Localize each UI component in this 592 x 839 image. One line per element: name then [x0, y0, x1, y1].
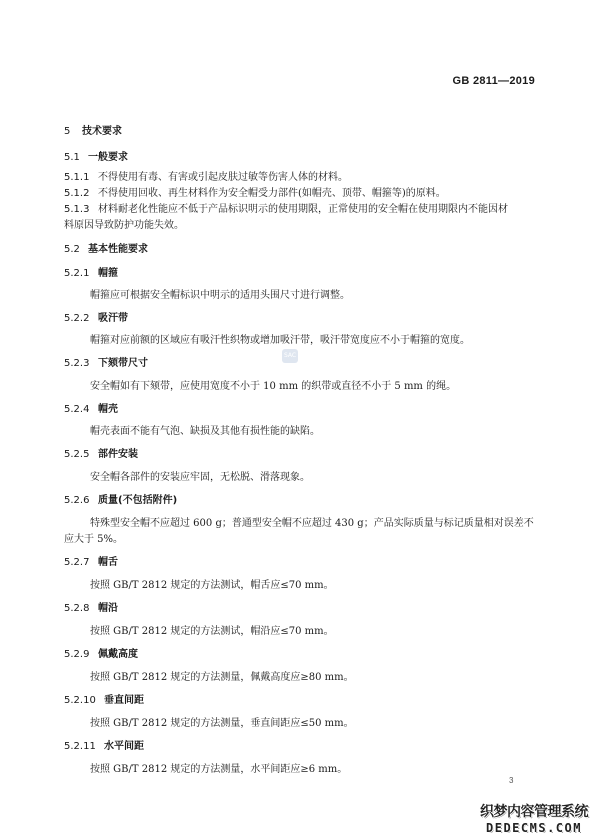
section-title: 吸汗带 [98, 313, 128, 324]
section-title: 帽箍 [98, 268, 118, 279]
section-title: 一般要求 [88, 152, 128, 163]
section-number: 5.2.5 [64, 449, 98, 460]
paragraph-5-2-9: 按照 GB/T 2812 规定的方法测量，佩戴高度应≥80 mm。 [90, 668, 354, 683]
section-number: 5 [64, 126, 82, 137]
subsection-heading-5-2-3: 5.2.3下颏带尺寸 [64, 354, 148, 369]
subsection-heading-5-2-1: 5.2.1帽箍 [64, 264, 118, 279]
section-title: 部件安装 [98, 449, 138, 460]
section-number: 5.2.1 [64, 268, 98, 279]
paragraph-5-2-1: 帽箍应可根据安全帽标识中明示的适用头围尺寸进行调整。 [90, 286, 350, 301]
brand-watermark-chinese: 织梦内容管理系统 [480, 801, 588, 821]
clause-text-line1: 材料耐老化性能应不低于产品标识明示的使用期限，正常使用的安全帽在使用期限内不能因… [98, 204, 508, 215]
section-number: 5.2.9 [64, 649, 98, 660]
paragraph-5-2-5: 安全帽各部件的安装应牢固，无松脱、滑落现象。 [90, 468, 310, 483]
paragraph-5-2-8: 按照 GB/T 2812 规定的方法测试，帽沿应≤70 mm。 [90, 622, 334, 637]
section-number: 5.2.4 [64, 404, 98, 415]
clause-text: 不得使用有毒、有害或引起皮肤过敏等伤害人体的材料。 [98, 172, 348, 183]
section-title: 佩戴高度 [98, 649, 138, 660]
paragraph-5-2-7: 按照 GB/T 2812 规定的方法测试，帽舌应≤70 mm。 [90, 576, 334, 591]
subsection-heading-5-2-11: 5.2.11水平间距 [64, 737, 144, 752]
section-number: 5.2.6 [64, 495, 98, 506]
section-number: 5.2.8 [64, 603, 98, 614]
clause-number: 5.1.3 [64, 204, 98, 215]
paragraph-5-2-4: 帽壳表面不能有气泡、缺损及其他有损性能的缺陷。 [90, 422, 320, 437]
clause-text: 不得使用回收、再生材料作为安全帽受力部件(如帽壳、顶带、帽箍等)的原料。 [98, 188, 446, 199]
paragraph-5-2-3: 安全帽如有下颏带，应使用宽度不小于 10 mm 的织带或直径不小于 5 mm 的… [90, 377, 456, 392]
section-heading-5-2: 5.2基本性能要求 [64, 240, 148, 255]
section-title: 质量(不包括附件) [98, 495, 177, 506]
clause-5-1-3: 5.1.3材料耐老化性能应不低于产品标识明示的使用期限，正常使用的安全帽在使用期… [64, 200, 508, 215]
subsection-heading-5-2-10: 5.2.10垂直间距 [64, 691, 144, 706]
subsection-heading-5-2-7: 5.2.7帽舌 [64, 553, 118, 568]
subsection-heading-5-2-5: 5.2.5部件安装 [64, 445, 138, 460]
brand-watermark-domain: DEDECMS.COM [480, 821, 588, 835]
clause-5-1-3-continued: 料原因导致防护功能失效。 [64, 216, 184, 231]
subsection-heading-5-2-4: 5.2.4帽壳 [64, 400, 118, 415]
paragraph-5-2-6-line1: 特殊型安全帽不应超过 600 g；普通型安全帽不应超过 430 g；产品实际质量… [90, 514, 534, 529]
paragraph-5-2-11: 按照 GB/T 2812 规定的方法测量，水平间距应≥6 mm。 [90, 760, 347, 775]
dedecms-watermark: 织梦内容管理系统 DEDECMS.COM [480, 801, 588, 835]
section-number: 5.2.3 [64, 358, 98, 369]
sac-logo-watermark: SAC [282, 349, 298, 363]
paragraph-5-2-6-line2: 应大于 5%。 [64, 530, 123, 545]
section-number: 5.2.2 [64, 313, 98, 324]
clause-number: 5.1.1 [64, 172, 98, 183]
section-title: 帽舌 [98, 557, 118, 568]
section-number: 5.2.10 [64, 695, 104, 706]
section-number: 5.1 [64, 152, 88, 163]
section-number: 5.2.7 [64, 557, 98, 568]
clause-number: 5.1.2 [64, 188, 98, 199]
clause-5-1-1: 5.1.1不得使用有毒、有害或引起皮肤过敏等伤害人体的材料。 [64, 168, 348, 183]
section-title: 水平间距 [104, 741, 144, 752]
clause-5-1-2: 5.1.2不得使用回收、再生材料作为安全帽受力部件(如帽壳、顶带、帽箍等)的原料… [64, 184, 446, 199]
section-number: 5.2 [64, 244, 88, 255]
section-title: 垂直间距 [104, 695, 144, 706]
subsection-heading-5-2-2: 5.2.2吸汗带 [64, 309, 128, 324]
section-title: 帽沿 [98, 603, 118, 614]
standard-code: GB 2811—2019 [453, 75, 536, 87]
paragraph-5-2-2: 帽箍对应前额的区域应有吸汗性织物或增加吸汗带，吸汗带宽度应不小于帽箍的宽度。 [90, 331, 470, 346]
subsection-heading-5-2-8: 5.2.8帽沿 [64, 599, 118, 614]
section-title: 帽壳 [98, 404, 118, 415]
section-number: 5.2.11 [64, 741, 104, 752]
section-title: 基本性能要求 [88, 244, 148, 255]
paragraph-5-2-10: 按照 GB/T 2812 规定的方法测量，垂直间距应≤50 mm。 [90, 714, 354, 729]
section-title: 下颏带尺寸 [98, 358, 148, 369]
subsection-heading-5-2-6: 5.2.6质量(不包括附件) [64, 491, 177, 506]
section-title: 技术要求 [82, 126, 122, 137]
subsection-heading-5-2-9: 5.2.9佩戴高度 [64, 645, 138, 660]
section-heading-5: 5技术要求 [64, 122, 122, 137]
section-heading-5-1: 5.1一般要求 [64, 148, 128, 163]
page-number: 3 [509, 776, 513, 785]
